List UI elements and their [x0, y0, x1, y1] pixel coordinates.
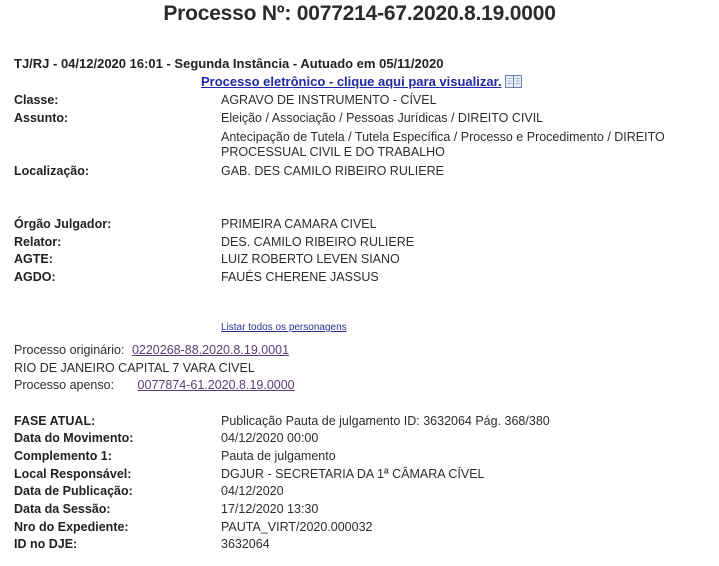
field-label-data-movimento: Data do Movimento:	[14, 430, 133, 447]
page-title: Processo Nº: 0077214-67.2020.8.19.0000	[0, 2, 719, 26]
field-value-assunto-1: Eleição / Associação / Pessoas Jurídicas…	[221, 110, 543, 127]
field-label-complemento: Complemento 1:	[14, 448, 112, 465]
field-value-data-sessao: 17/12/2020 13:30	[221, 501, 318, 518]
field-label-data-publicacao: Data de Publicação:	[14, 483, 133, 500]
field-value-local-responsavel: DGJUR - SECRETARIA DA 1ª CÂMARA CÍVEL	[221, 466, 484, 483]
field-value-localizacao: GAB. DES CAMILO RIBEIRO RULIERE	[221, 163, 444, 180]
field-value-data-movimento: 04/12/2020 00:00	[221, 430, 318, 447]
field-label-assunto: Assunto:	[14, 110, 68, 127]
field-value-assunto-2: Antecipação de Tutela / Tutela Específic…	[221, 130, 716, 160]
field-value-orgao-julgador: PRIMEIRA CAMARA CIVEL	[221, 216, 377, 233]
field-value-relator: DES. CAMILO RIBEIRO RULIERE	[221, 234, 414, 251]
field-value-data-publicacao: 04/12/2020	[221, 483, 284, 500]
electronic-process-link-label: Processo eletrônico - clique aqui para v…	[201, 74, 502, 89]
field-value-nro-expediente: PAUTA_VIRT/2020.000032	[221, 519, 372, 536]
field-value-classe: AGRAVO DE INSTRUMENTO - CÍVEL	[221, 92, 437, 109]
attached-process-row: Processo apenso: 0077874-61.2020.8.19.00…	[14, 377, 295, 394]
field-label-nro-expediente: Nro do Expediente:	[14, 519, 129, 536]
field-label-local-responsavel: Local Responsável:	[14, 466, 131, 483]
field-label-agte: AGTE:	[14, 251, 53, 268]
field-value-complemento: Pauta de julgamento	[221, 448, 336, 465]
original-process-label: Processo originário:	[14, 343, 124, 357]
original-process-link[interactable]: 0220268-88.2020.8.19.0001	[132, 343, 289, 357]
origin-court: RIO DE JANEIRO CAPITAL 7 VARA CIVEL	[14, 360, 255, 377]
field-label-classe: Classe:	[14, 92, 58, 109]
field-label-agdo: AGDO:	[14, 269, 56, 286]
book-icon	[505, 75, 522, 88]
field-label-orgao-julgador: Órgão Julgador:	[14, 216, 111, 233]
header-line: TJ/RJ - 04/12/2020 16:01 - Segunda Instâ…	[14, 56, 443, 71]
field-label-fase-atual: FASE ATUAL:	[14, 413, 95, 430]
field-value-agdo: FAUÉS CHERENE JASSUS	[221, 269, 379, 286]
field-label-localizacao: Localização:	[14, 163, 89, 180]
electronic-process-link[interactable]: Processo eletrônico - clique aqui para v…	[201, 74, 522, 89]
field-label-id-dje: ID no DJE:	[14, 536, 77, 553]
field-label-relator: Relator:	[14, 234, 61, 251]
field-value-id-dje: 3632064	[221, 536, 270, 553]
field-label-data-sessao: Data da Sessão:	[14, 501, 111, 518]
attached-process-link[interactable]: 0077874-61.2020.8.19.0000	[138, 378, 295, 392]
list-all-parties-link[interactable]: Listar todos os personagens	[221, 322, 347, 333]
field-value-agte: LUIZ ROBERTO LEVEN SIANO	[221, 251, 400, 268]
attached-process-label: Processo apenso:	[14, 378, 114, 392]
original-process-row: Processo originário: 0220268-88.2020.8.1…	[14, 342, 289, 359]
field-value-fase-atual: Publicação Pauta de julgamento ID: 36320…	[221, 413, 550, 430]
